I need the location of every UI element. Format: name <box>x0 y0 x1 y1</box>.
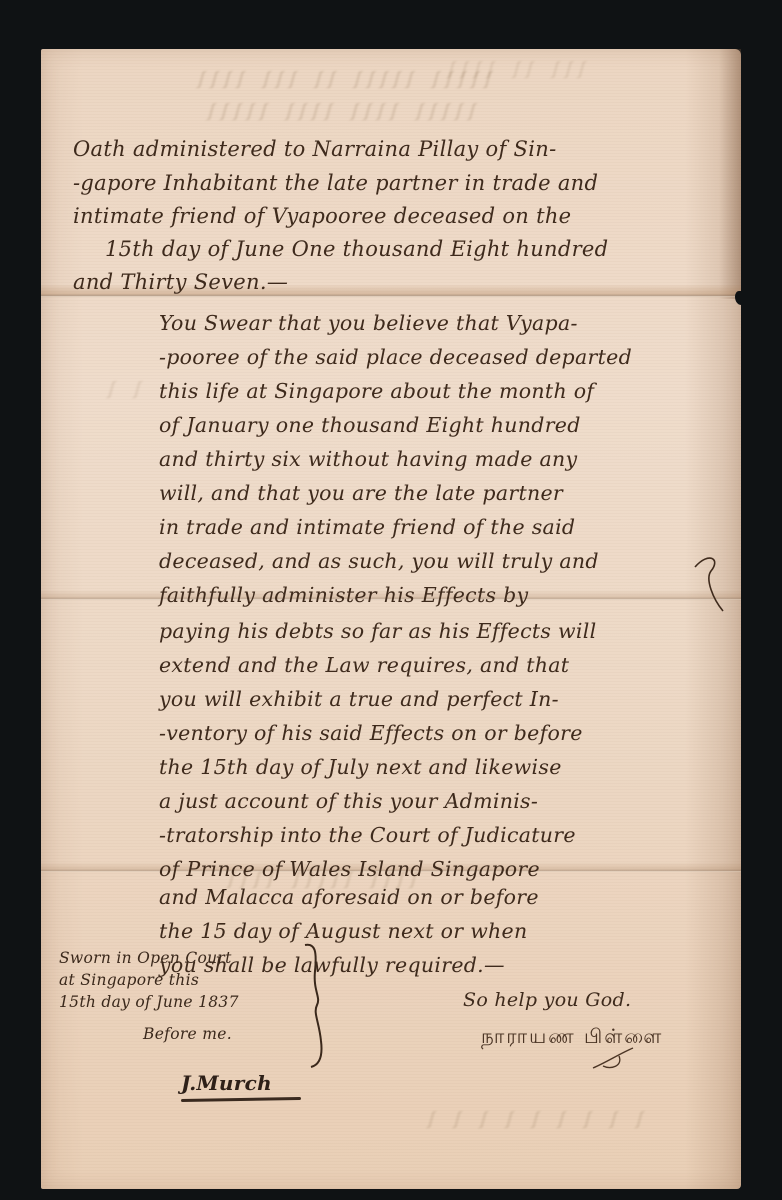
oath-line: -pooree of the said place deceased depar… <box>159 345 632 369</box>
manuscript-page: lllll lllll ll lll llll lllll llll llll … <box>41 49 741 1189</box>
jurat-line: 15th day of June 1837 <box>59 993 239 1011</box>
heading-line: 15th day of June One thousand Eight hund… <box>105 237 608 261</box>
oath-line: You Swear that you believe that Vyapa- <box>159 311 578 335</box>
closing-formula: So help you God. <box>463 989 631 1011</box>
oath-line: of Prince of Wales Island Singapore <box>159 857 540 881</box>
jurat-line: Before me. <box>143 1025 232 1043</box>
bleed-through-ink: lllll lllll ll lll llll <box>185 69 496 94</box>
signature-underline <box>181 1097 301 1102</box>
oath-line: deceased, and as such, you will truly an… <box>159 549 599 573</box>
bleed-through-ink: l l <box>95 379 146 404</box>
heading-line: intimate friend of Vyapooree deceased on… <box>73 204 571 228</box>
oath-line: the 15th day of July next and likewise <box>159 755 562 779</box>
bleed-through-ink: l l l l l l l l l <box>415 1109 648 1134</box>
oath-line: this life at Singapore about the month o… <box>159 379 594 403</box>
oath-line: extend and the Law requires, and that <box>159 653 569 677</box>
oath-line: you will exhibit a true and perfect In- <box>159 687 559 711</box>
edge-tear <box>735 291 745 305</box>
oath-line: -tratorship into the Court of Judicature <box>159 823 576 847</box>
oath-line: and thirty six without having made any <box>159 447 577 471</box>
oath-line: in trade and intimate friend of the said <box>159 515 575 539</box>
paper-edge-shadow <box>719 49 741 299</box>
oath-line: faithfully administer his Effects by <box>159 583 528 607</box>
bleed-through-ink: lll ll llll <box>435 59 590 84</box>
heading-line: Oath administered to Narraina Pillay of … <box>73 137 556 161</box>
pen-flourish <box>691 549 731 619</box>
oath-line: of January one thousand Eight hundred <box>159 413 581 437</box>
oath-line: and Malacca aforesaid on or before <box>159 885 539 909</box>
heading-line: -gapore Inhabitant the late partner in t… <box>73 171 598 195</box>
signature-flourish <box>589 1044 639 1074</box>
oath-line: will, and that you are the late partner <box>159 481 563 505</box>
jurat-line: Sworn in Open Court <box>59 949 232 967</box>
oath-line: -ventory of his said Effects on or befor… <box>159 721 583 745</box>
jurat-line: at Singapore this <box>59 971 199 989</box>
jurat-brace <box>301 941 335 1071</box>
oath-line: paying his debts so far as his Effects w… <box>159 619 596 643</box>
magistrate-signature: J.Murch <box>181 1071 272 1095</box>
bleed-through-ink: lllll llll llll lllll <box>195 101 480 126</box>
oath-line: a just account of this your Adminis- <box>159 789 538 813</box>
oath-line: the 15 day of August next or when <box>159 919 527 943</box>
heading-line: and Thirty Seven.— <box>73 270 288 294</box>
